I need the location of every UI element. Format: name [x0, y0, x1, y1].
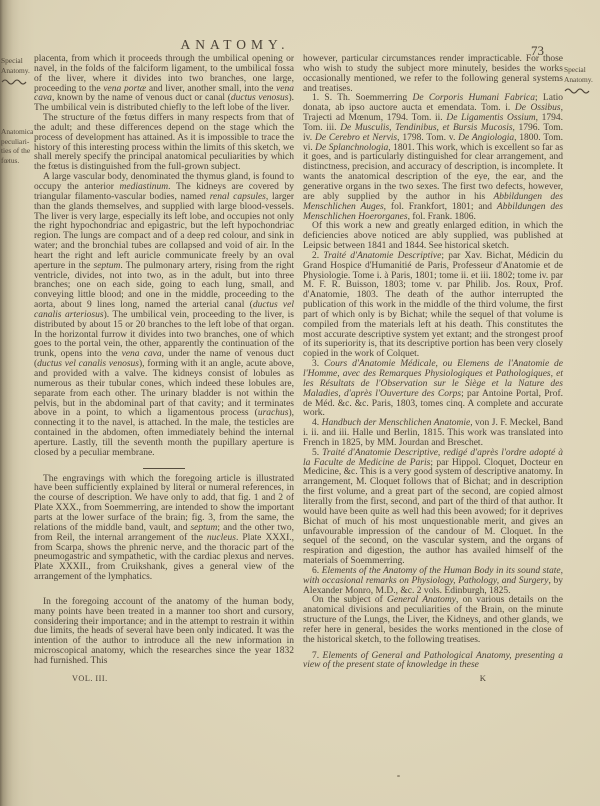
margin-note-special-anatomy-left: Special Anatomy.	[1, 56, 33, 87]
margin-note-text: Special Anatomy.	[564, 65, 593, 84]
body-paragraph: placenta, from which it proceeds through…	[34, 55, 294, 114]
flourish-squiggle-icon	[1, 77, 27, 87]
body-paragraph: 4. Handbuch der Menschlichen Anatomie, v…	[303, 419, 563, 449]
body-paragraph: 7. Elements of General and Pathological …	[303, 652, 563, 672]
margin-note-special-anatomy-right: Special Anatomy.	[564, 65, 598, 96]
right-column: however, particular circumstances render…	[303, 55, 563, 684]
body-paragraph: 3. Cours d'Anatomie Médicale, ou Elemens…	[303, 360, 563, 419]
ink-speck	[397, 775, 400, 777]
body-paragraph: Of this work a new and greatly enlarged …	[303, 222, 563, 252]
flourish-squiggle-icon	[564, 86, 590, 96]
body-paragraph: 1. S. Th. Soemmerring De Corporis Humani…	[303, 94, 563, 222]
margin-note-text: Anatomical peculiari- ties of the fœtus.	[1, 127, 33, 165]
gathering-signature: K	[480, 674, 563, 684]
body-paragraph: 5. Traité d'Anatomie Descriptive, redigé…	[303, 449, 563, 567]
body-paragraph: 6. Elements of the Anatomy of the Human …	[303, 567, 563, 597]
body-paragraph: 2. Traité d'Anatomie Descriptive; par Xa…	[303, 252, 563, 360]
body-paragraph: The structure of the fœtus differs in ma…	[34, 114, 294, 173]
body-paragraph: In the foregoing account of the anatomy …	[34, 598, 294, 667]
body-paragraph: A large vascular body, denominated the t…	[34, 173, 294, 458]
body-paragraph: On the subject of General Anatomy, on va…	[303, 596, 563, 645]
margin-note-foetus-peculiarities: Anatomical peculiari- ties of the fœtus.	[1, 127, 33, 177]
running-head-title: ANATOMY.	[180, 37, 290, 53]
book-gutter-shadow	[0, 0, 34, 806]
body-paragraph: The engravings with which the foregoing …	[34, 475, 294, 583]
volume-signature: VOL. III.	[72, 674, 294, 684]
body-paragraph: however, particular circumstances render…	[303, 55, 563, 94]
left-column: placenta, from which it proceeds through…	[34, 55, 294, 684]
margin-note-text: Special Anatomy.	[1, 56, 30, 75]
page-body: placenta, from which it proceeds through…	[34, 55, 563, 684]
section-divider-rule	[143, 468, 185, 469]
